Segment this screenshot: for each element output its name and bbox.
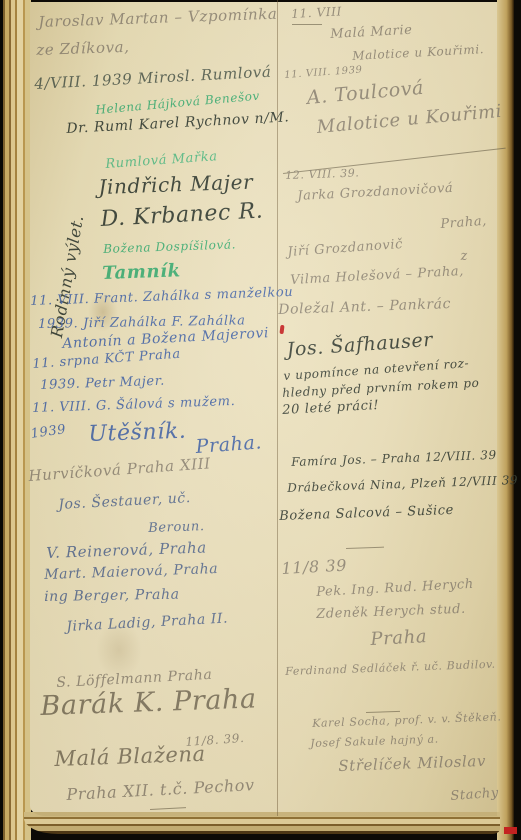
signature-entry: 11/8 39 (281, 557, 347, 578)
signature-entry: Tamník (102, 261, 181, 284)
guestbook-scan: Jaroslav Martan – Vzpomínka ze Zdíkova, … (0, 0, 521, 840)
signature-entry: ze Zdíkova, (36, 39, 130, 59)
red-corner-mark (504, 827, 517, 834)
signature-entry: 12. VIII. 39. (285, 167, 360, 182)
signature-entry: Jindřich Majer (98, 171, 254, 198)
signature-entry: Utěšník. (88, 420, 187, 448)
signature-entry: 11. VIII (291, 5, 342, 21)
book-binding-page-stack (0, 0, 31, 840)
signature-entry: ing Berger, Praha (44, 588, 180, 606)
signature-entry: z (460, 249, 468, 264)
date-underline (292, 24, 322, 25)
signature-entry: Beroun. (148, 520, 205, 536)
signature-entry: Praha (370, 627, 428, 650)
page-edge-bottom (24, 812, 500, 834)
